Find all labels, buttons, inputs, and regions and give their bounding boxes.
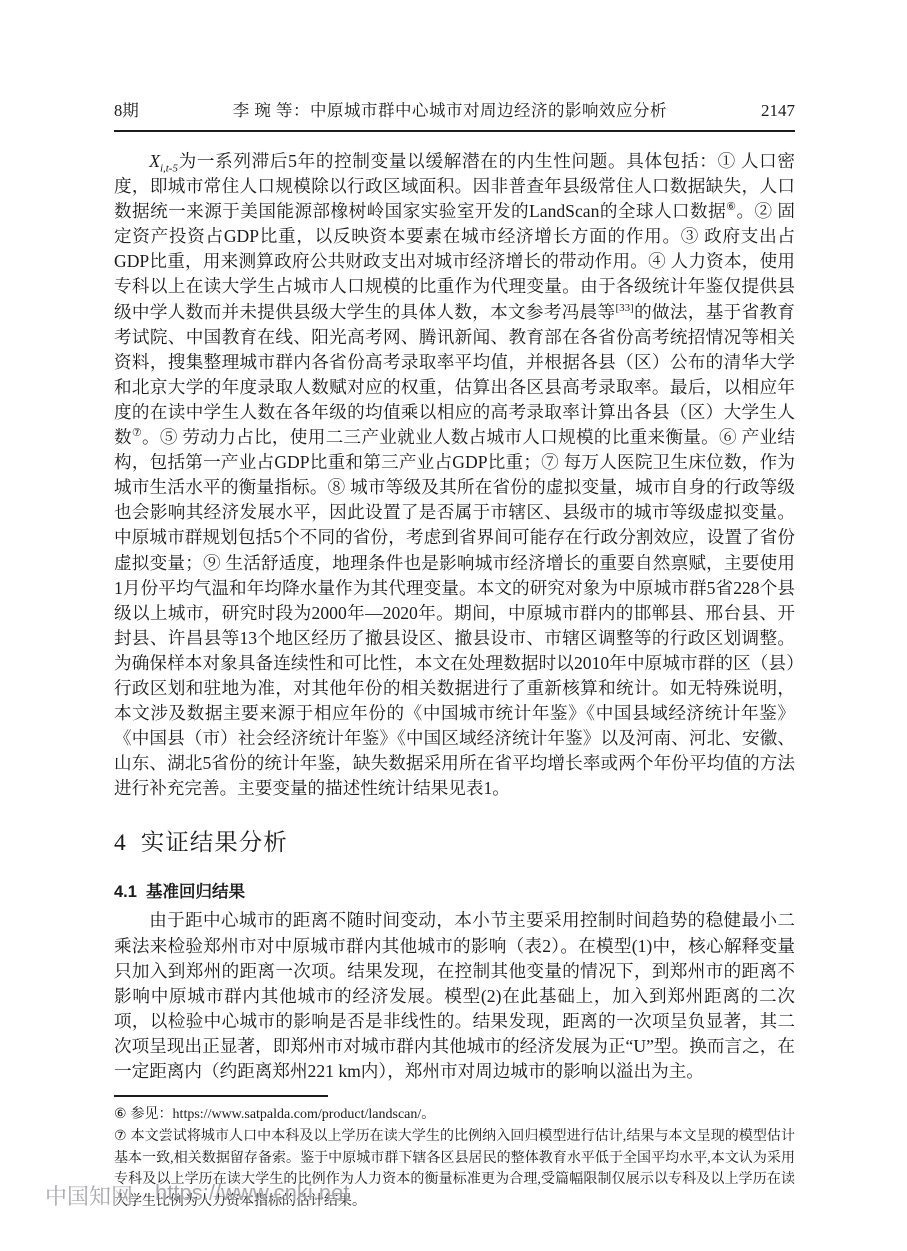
footnote-ref-6: ⑥ xyxy=(726,201,736,213)
paragraph-text: 为一系列滞后5年的控制变量以缓解潜在的内生性问题。具体包括：① 人口密度，即城市… xyxy=(114,151,795,221)
issue-number: 8期 xyxy=(114,97,139,121)
cnki-brand: 中国知网 xyxy=(45,1180,133,1211)
subsection-number: 4.1 xyxy=(114,883,137,901)
footnote-divider xyxy=(114,1095,328,1097)
paragraph-control-variables: Xi,t-5为一系列滞后5年的控制变量以缓解潜在的内生性问题。具体包括：① 人口… xyxy=(114,149,795,801)
citation-ref-33: [33] xyxy=(615,302,633,314)
section-title: 实证结果分析 xyxy=(141,830,288,856)
subsection-heading: 4.1基准回归结果 xyxy=(114,878,795,902)
journal-page: 8期 李 琬 等：中原城市群中心城市对周边经济的影响效应分析 2147 Xi,t… xyxy=(0,0,907,1213)
running-title: 李 琬 等：中原城市群中心城市对周边经济的影响效应分析 xyxy=(139,97,761,121)
subsection-title: 基准回归结果 xyxy=(146,883,245,901)
footnote-6-marker: ⑥ xyxy=(114,1107,127,1122)
footnote-6-text: 参见：https://www.satpalda.com/product/land… xyxy=(131,1107,436,1122)
cnki-url: https://www.cnki.net xyxy=(155,1180,349,1211)
footnote-7-marker: ⑦ xyxy=(114,1129,127,1144)
running-header: 8期 李 琬 等：中原城市群中心城市对周边经济的影响效应分析 2147 xyxy=(114,97,795,132)
variable-x: X xyxy=(149,151,160,171)
section-heading: 4实证结果分析 xyxy=(114,823,795,857)
variable-x-subscript: i,t-5 xyxy=(160,163,178,175)
footnote-6: ⑥参见：https://www.satpalda.com/product/lan… xyxy=(114,1104,795,1126)
paragraph-baseline-regression: 由于距中心城市的距离不随时间变动，本小节主要采用控制时间趋势的稳健最小二乘法来检… xyxy=(114,908,795,1084)
paragraph-text: 。⑤ 劳动力占比，使用二三产业就业人数占城市人口规模的比重来衡量。⑥ 产业结构，… xyxy=(114,427,795,798)
paragraph-text: 的做法，基于省教育考试院、中国教育在线、阳光高考网、腾讯新闻、教育部在各省份高考… xyxy=(114,302,795,447)
page-number: 2147 xyxy=(761,101,795,121)
cnki-watermark: 中国知网 https://www.cnki.net xyxy=(45,1180,349,1211)
section-number: 4 xyxy=(114,830,126,856)
footnote-ref-7: ⑦ xyxy=(132,427,142,439)
